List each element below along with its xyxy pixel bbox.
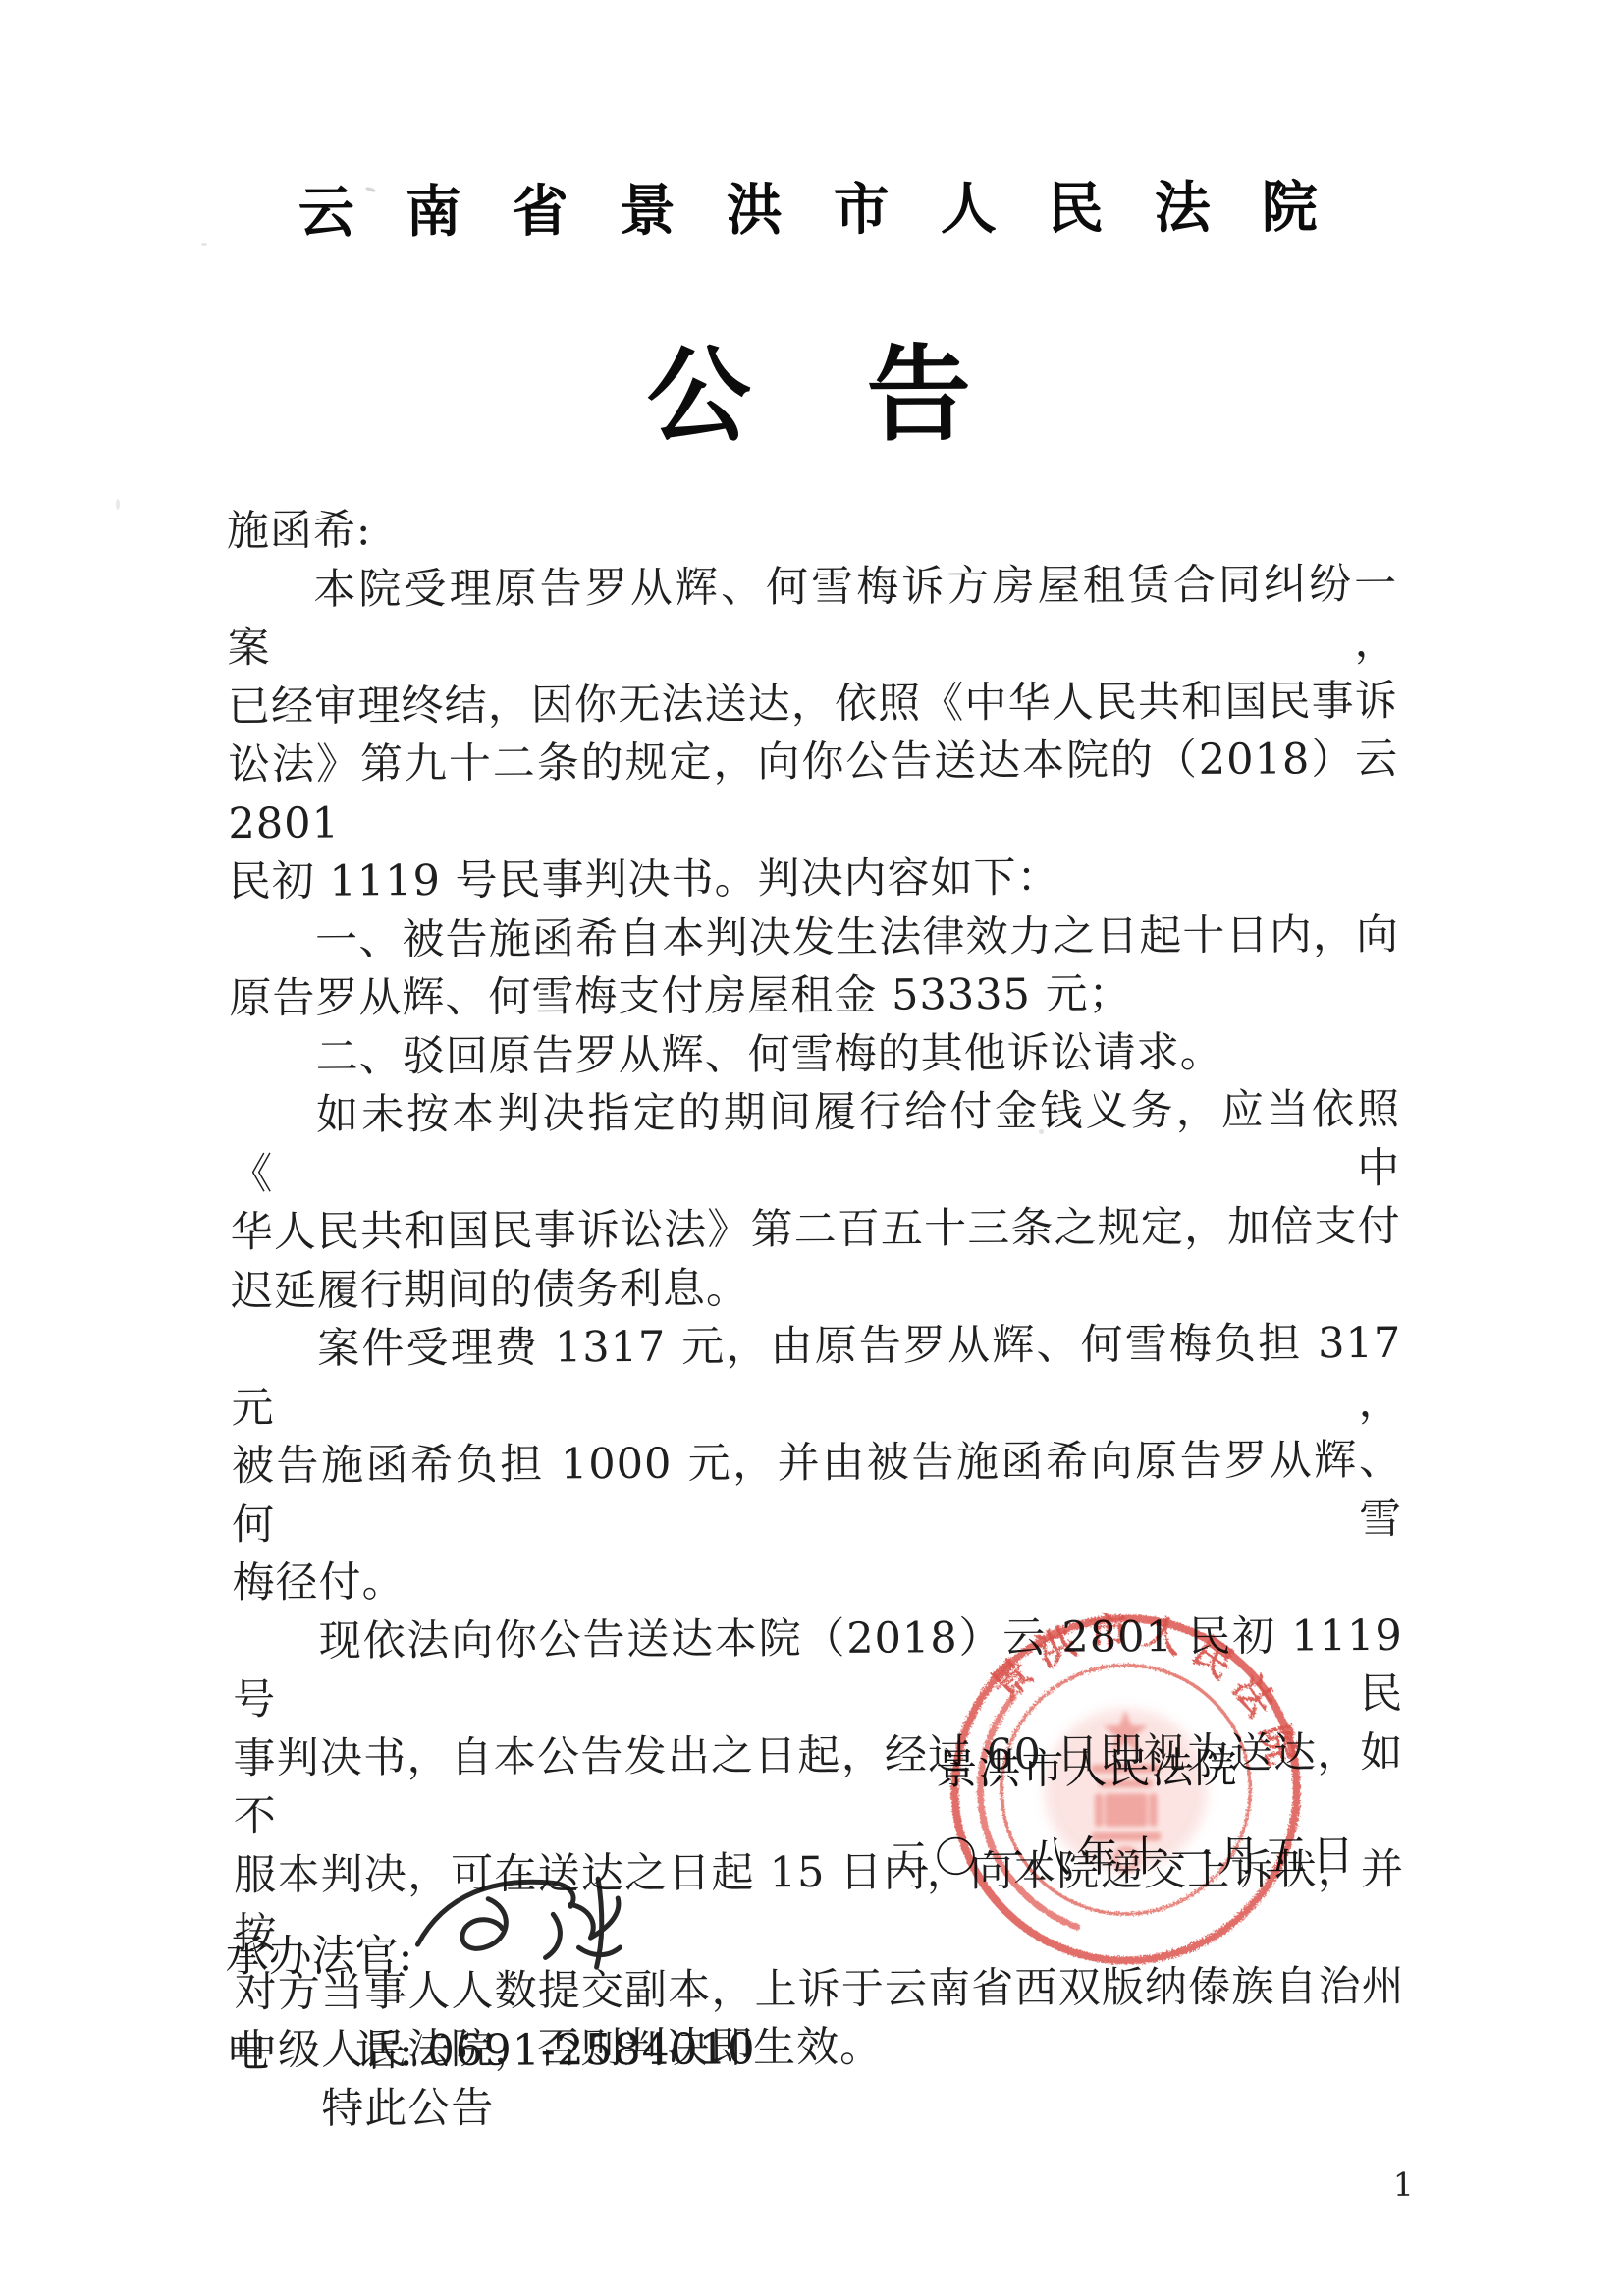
body-line: 被告施函希负担 1000 元，并由被告施函希向原告罗从辉、何雪 [232, 1432, 1403, 1555]
judge-label: 承办法官: [225, 1931, 412, 1982]
body-line: 特此公告 [235, 2074, 1405, 2139]
court-title: 云南省景洪市人民法院 [0, 161, 1619, 250]
body-line: 如未按本判决指定的期间履行给付金钱义务，应当依照《中 [230, 1081, 1401, 1204]
scan-speck [1039, 1129, 1044, 1134]
announcement-body: 施函希: 本院受理原告罗从辉、何雪梅诉方房屋租赁合同纠纷一案，已经审理终结，因你… [227, 497, 1406, 2139]
signoff-date: 二〇一八年十一月五日 [888, 1823, 1359, 1886]
judge-signature [406, 1865, 652, 1984]
body-line: 讼法》第九十二条的规定，向你公告送达本院的（2018）云 2801 [228, 731, 1399, 853]
document-type-heading: 公告 [0, 308, 1621, 466]
body-line: 原告罗从辉、何雪梅支付房屋租金 53335 元； [229, 964, 1399, 1029]
body-text: 本院受理原告罗从辉、何雪梅诉方房屋租赁合同纠纷一案，已经审理终结，因你无法送达，… [227, 555, 1405, 2139]
body-line: 华人民共和国民事诉讼法》第二百五十三条之规定，加倍支付 [231, 1198, 1401, 1263]
phone-number: 0691-2584010 [427, 2024, 756, 2076]
body-line: 一、被告施函希自本判决发生法律效力之日起十日内，向 [229, 905, 1399, 970]
body-line: 现依法向你公告送达本院（2018）云 2801 民初 1119 号民 [233, 1607, 1404, 1729]
signoff-court-name: 景洪市人民法院 [935, 1735, 1237, 1797]
page-number: 1 [1393, 2165, 1414, 2204]
body-line: 本院受理原告罗从辉、何雪梅诉方房屋租赁合同纠纷一案， [227, 555, 1398, 678]
court-announcement-page: 云南省景洪市人民法院 公告 施函希: 本院受理原告罗从辉、何雪梅诉方房屋租赁合同… [0, 0, 1623, 2296]
body-line: 已经审理终结，因你无法送达，依照《中华人民共和国民事诉 [228, 672, 1398, 737]
judge-row: 承办法官: [225, 1920, 412, 1984]
phone-label: 电 话: [226, 2026, 413, 2077]
scanned-sheet: 云南省景洪市人民法院 公告 施函希: 本院受理原告罗从辉、何雪梅诉方房屋租赁合同… [0, 0, 1623, 2296]
body-line: 二、驳回原告罗从辉、何雪梅的其他诉讼请求。 [230, 1022, 1400, 1087]
recipient-line: 施函希: [227, 497, 1397, 562]
body-line: 迟延履行期间的债务利息。 [231, 1256, 1401, 1321]
body-line: 案件受理费 1317 元，由原告罗从辉、何雪梅负担 317 元， [231, 1315, 1402, 1438]
scan-speck [116, 499, 120, 510]
body-line: 梅径付。 [232, 1549, 1402, 1613]
scan-speck [201, 243, 207, 246]
body-line: 民初 1119 号民事判决书。判决内容如下： [229, 847, 1399, 912]
phone-row: 电 话: 0691-2584010 [226, 2013, 756, 2079]
